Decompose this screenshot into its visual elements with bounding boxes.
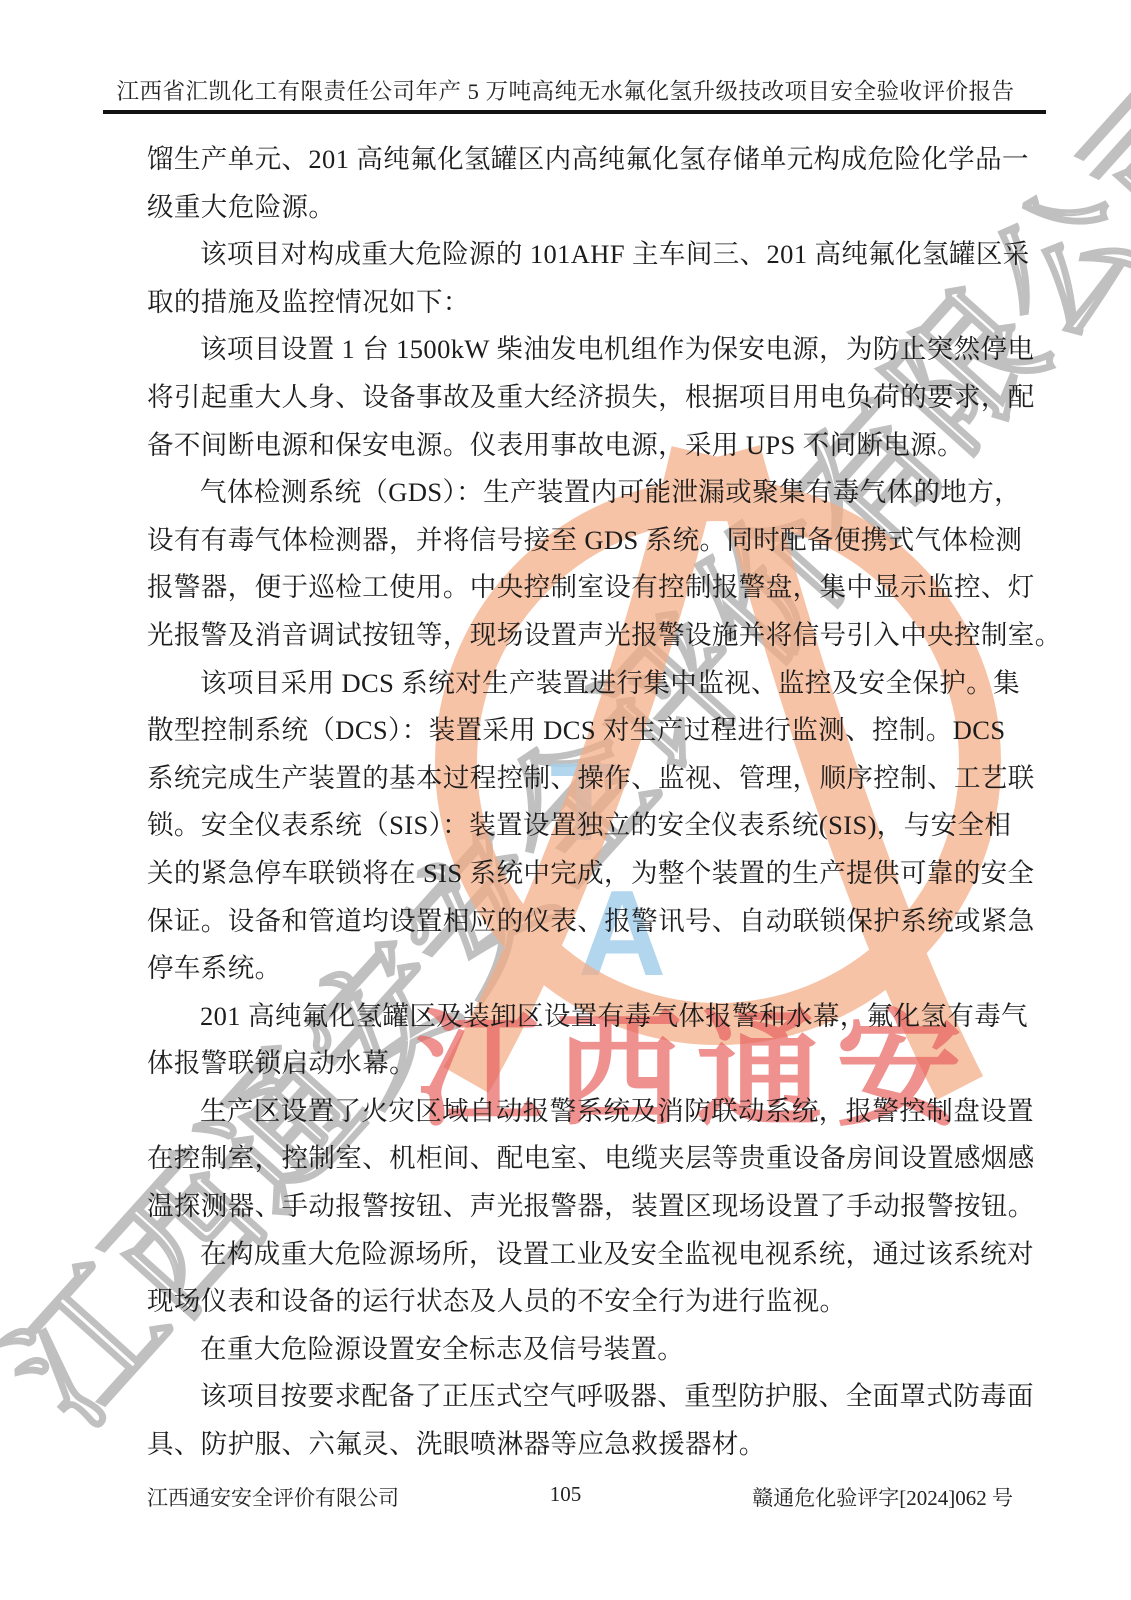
document-page: 江西通安安全评价有限公司 T A 江西通安 江西省汇凯化工有限责任公司年产 5 … [0, 0, 1131, 1600]
body-line: 201 高纯氟化氢罐区及装卸区设置有毒气体报警和水幕，氟化氢有毒气 [147, 993, 1027, 1041]
header-rule [103, 110, 1046, 114]
body-line: 光报警及消音调试按钮等，现场设置声光报警设施并将信号引入中央控制室。 [147, 612, 1027, 660]
body-line: 该项目采用 DCS 系统对生产装置进行集中监视、监控及安全保护。集 [147, 660, 1027, 708]
body-line: 体报警联锁启动水幕。 [147, 1040, 1027, 1088]
body-line: 将引起重大人身、设备事故及重大经济损失，根据项目用电负荷的要求，配 [147, 374, 1027, 422]
body-line: 停车系统。 [147, 945, 1027, 993]
body-line: 该项目按要求配备了正压式空气呼吸器、重型防护服、全面罩式防毒面 [147, 1373, 1027, 1421]
body-line: 该项目对构成重大危险源的 101AHF 主车间三、201 高纯氟化氢罐区采 [147, 231, 1027, 279]
body-line: 报警器，便于巡检工使用。中央控制室设有控制报警盘，集中显示监控、灯 [147, 564, 1027, 612]
body-line: 保证。设备和管道均设置相应的仪表、报警讯号、自动联锁保护系统或紧急 [147, 898, 1027, 946]
body-line: 备不间断电源和保安电源。仪表用事故电源，采用 UPS 不间断电源。 [147, 422, 1027, 470]
footer-doc-number: 赣通危化验评字[2024]062 号 [752, 1482, 1013, 1512]
body-line: 取的措施及监控情况如下： [147, 279, 1027, 327]
body-line: 在重大危险源设置安全标志及信号装置。 [147, 1326, 1027, 1374]
body-line: 馏生产单元、201 高纯氟化氢罐区内高纯氟化氢存储单元构成危险化学品一 [147, 136, 1027, 184]
body-line: 系统完成生产装置的基本过程控制、操作、监视、管理，顺序控制、工艺联 [147, 755, 1027, 803]
body-line: 气体检测系统（GDS）：生产装置内可能泄漏或聚集有毒气体的地方， [147, 469, 1027, 517]
body-line: 该项目设置 1 台 1500kW 柴油发电机组作为保安电源，为防止突然停电 [147, 326, 1027, 374]
body-line: 具、防护服、六氟灵、洗眼喷淋器等应急救援器材。 [147, 1421, 1027, 1469]
body-line: 设有有毒气体检测器，并将信号接至 GDS 系统。同时配备便携式气体检测 [147, 517, 1027, 565]
body-line: 现场仪表和设备的运行状态及人员的不安全行为进行监视。 [147, 1278, 1027, 1326]
body-line: 锁。安全仪表系统（SIS）：装置设置独立的安全仪表系统(SIS)，与安全相 [147, 802, 1027, 850]
body-line: 温探测器、手动报警按钮、声光报警器，装置区现场设置了手动报警按钮。 [147, 1183, 1027, 1231]
body-line: 生产区设置了火灾区域自动报警系统及消防联动系统，报警控制盘设置 [147, 1088, 1027, 1136]
body-line: 关的紧急停车联锁将在 SIS 系统中完成，为整个装置的生产提供可靠的安全 [147, 850, 1027, 898]
body-line: 在控制室，控制室、机柜间、配电室、电缆夹层等贵重设备房间设置感烟感 [147, 1135, 1027, 1183]
body-line: 在构成重大危险源场所，设置工业及安全监视电视系统，通过该系统对 [147, 1231, 1027, 1279]
body-text-block: 馏生产单元、201 高纯氟化氢罐区内高纯氟化氢存储单元构成危险化学品一级重大危险… [147, 136, 1027, 1469]
body-line: 级重大危险源。 [147, 184, 1027, 232]
page-header-title: 江西省汇凯化工有限责任公司年产 5 万吨高纯无水氟化氢升级技改项目安全验收评价报… [0, 74, 1131, 106]
body-line: 散型控制系统（DCS）：装置采用 DCS 对生产过程进行监测、控制。DCS [147, 707, 1027, 755]
